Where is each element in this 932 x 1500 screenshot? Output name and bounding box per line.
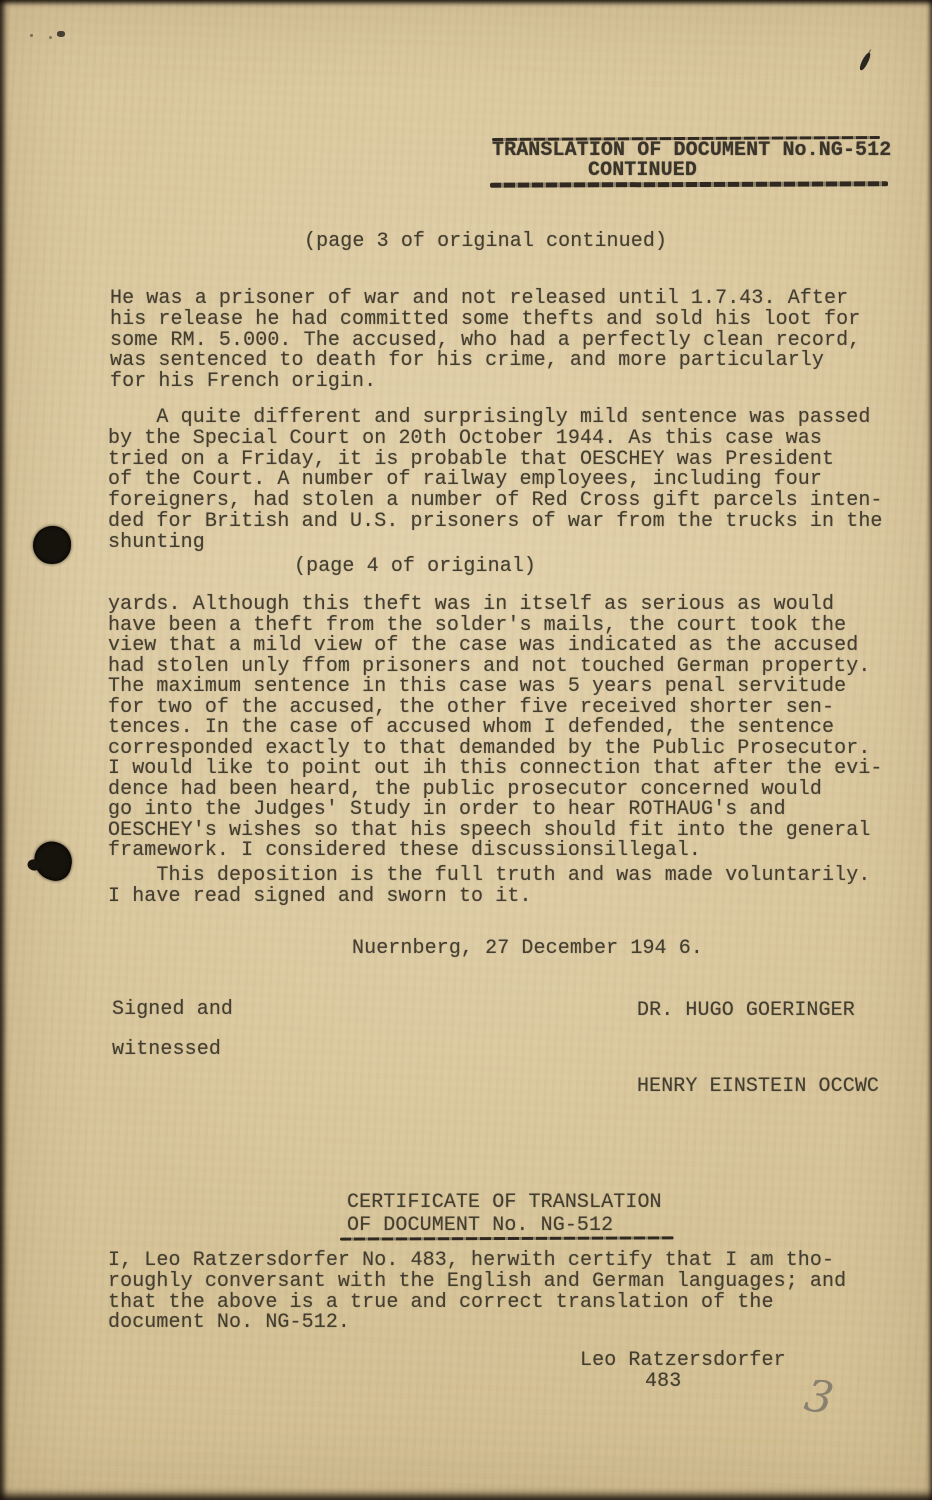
pen-mark bbox=[858, 52, 871, 71]
certificate-signature-number: 483 bbox=[645, 1372, 681, 1393]
punch-hole-top bbox=[33, 526, 71, 564]
ink-speck bbox=[57, 31, 65, 37]
stamp-bottom-rule bbox=[490, 181, 888, 187]
certificate-heading-line2: OF DOCUMENT No. NG-512 bbox=[347, 1216, 613, 1237]
certificate-signature-name: Leo Ratzersdorfer bbox=[580, 1351, 786, 1372]
witnessed-label: witnessed bbox=[112, 1040, 221, 1061]
ink-speck bbox=[30, 34, 33, 37]
signed-and-label: Signed and bbox=[112, 1000, 233, 1021]
punch-hole-bottom bbox=[30, 838, 76, 884]
signature-einstein: HENRY EINSTEIN OCCWC bbox=[637, 1077, 879, 1098]
ink-speck bbox=[49, 36, 52, 39]
paragraph-4: This deposition is the full truth and wa… bbox=[108, 866, 870, 908]
page4-heading: (page 4 of original) bbox=[294, 557, 536, 578]
page3-continued-heading: (page 3 of original continued) bbox=[304, 232, 667, 253]
certificate-heading-underline bbox=[340, 1236, 674, 1240]
paragraph-1: He was a prisoner of war and not release… bbox=[110, 289, 860, 393]
dateline: Nuernberg, 27 December 194 6. bbox=[352, 939, 703, 960]
scanned-document-page: TRANSLATION OF DOCUMENT No.NG-512 CONTIN… bbox=[0, 0, 932, 1500]
handwritten-page-number: 3 bbox=[801, 1370, 837, 1425]
signature-goeringer: DR. HUGO GOERINGER bbox=[637, 1001, 855, 1022]
paragraph-3: yards. Although this theft was in itself… bbox=[108, 595, 883, 862]
certificate-body: I, Leo Ratzersdorfer No. 483, herwith ce… bbox=[108, 1251, 846, 1334]
stamp-title-line2: CONTINUED bbox=[588, 161, 697, 182]
certificate-heading-line1: CERTIFICATE OF TRANSLATION bbox=[347, 1193, 662, 1214]
paragraph-2: A quite different and surprisingly mild … bbox=[108, 408, 883, 554]
